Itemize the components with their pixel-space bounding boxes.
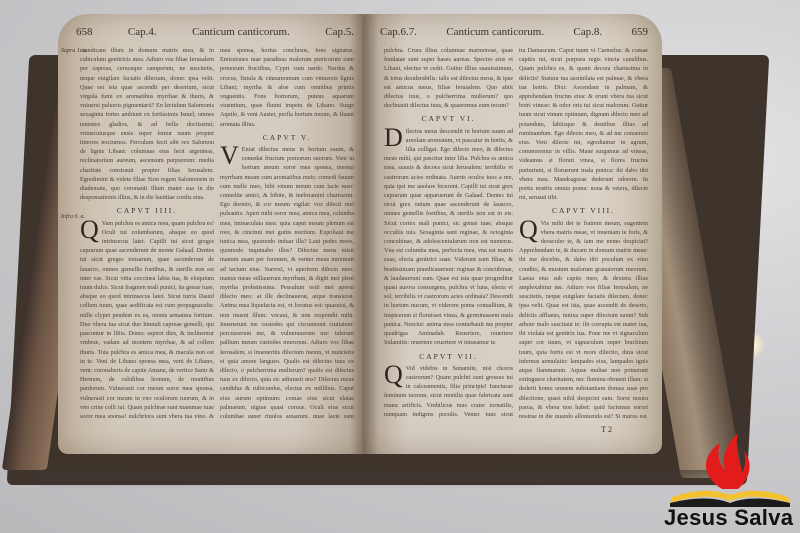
paragraph: QVid videbis in Sunamite, nisi choros ca… (384, 364, 513, 418)
text-column: mandicam illum in domum matris mea, & in… (80, 46, 214, 418)
paragraph: QVis mihi det te fratrem meum, sugentem … (519, 219, 648, 418)
drop-cap: Q (519, 219, 538, 241)
drop-cap: Q (384, 364, 403, 386)
chapter-heading: CAPVT VII. (384, 352, 513, 361)
running-chapter-left: Cap.4. (128, 26, 157, 38)
margin-note: Supra 1. a. (61, 48, 87, 54)
signature-mark: T 2 (601, 425, 612, 434)
paragraph: VEniat dilectus meus in hortum suum, & c… (220, 145, 354, 418)
text-column: pulchra. Crura illius columnae marmoreae… (384, 46, 513, 418)
paragraph: tra Damascum. Caput tuum vt Carmelus: & … (519, 46, 648, 202)
right-page-header: Cap.6.7. Canticum canticorum. Cap.8. 659 (380, 26, 648, 38)
running-chapter-left: Cap.6.7. (380, 26, 417, 38)
paragraph: DIlectus meus descendit in hortum suum a… (384, 127, 513, 348)
chapter-heading: CAPVT VI. (384, 114, 513, 123)
page-number: 658 (76, 26, 93, 38)
drop-cap: Q (80, 219, 99, 241)
text-column: tra Damascum. Caput tuum vt Carmelus: & … (519, 46, 648, 418)
paragraph: pulchra. Crura illius columnae marmoreae… (384, 46, 513, 110)
flame-over-open-book-icon (660, 425, 800, 509)
book-shadow (40, 470, 720, 488)
drop-cap: V (220, 145, 239, 167)
page-number: 659 (632, 26, 649, 38)
running-title: Canticum canticorum. (192, 26, 290, 38)
running-title: Canticum canticorum. (446, 26, 544, 38)
watermark-logo: Jesus Salva (660, 425, 800, 533)
paragraph: QVam pulchra es amica mea, quam pulchra … (80, 219, 214, 418)
text-column: mea sponsa, hortus conclusus, fons signa… (220, 46, 354, 418)
paragraph: mea sponsa, hortus conclusus, fons signa… (220, 46, 354, 129)
paragraph: mandicam illum in domum matris mea, & in… (80, 46, 214, 202)
watermark-text: Jesus Salva (664, 505, 793, 531)
chapter-heading: CAPVT V. (220, 133, 354, 142)
chapter-heading: CAPVT VIII. (519, 206, 648, 215)
drop-cap: D (384, 127, 403, 149)
chapter-heading: CAPVT IIII. (80, 206, 214, 215)
left-page-header: 658 Cap.4. Canticum canticorum. Cap.5. (76, 26, 354, 38)
book-gutter (350, 14, 378, 454)
margin-note: Infra 6. a. (61, 214, 85, 220)
right-page: Cap.6.7. Canticum canticorum. Cap.8. 659… (362, 14, 662, 454)
running-chapter-right: Cap.8. (573, 26, 602, 38)
left-page: 658 Cap.4. Canticum canticorum. Cap.5. m… (58, 14, 368, 454)
photo-scene: 658 Cap.4. Canticum canticorum. Cap.5. m… (0, 0, 800, 533)
